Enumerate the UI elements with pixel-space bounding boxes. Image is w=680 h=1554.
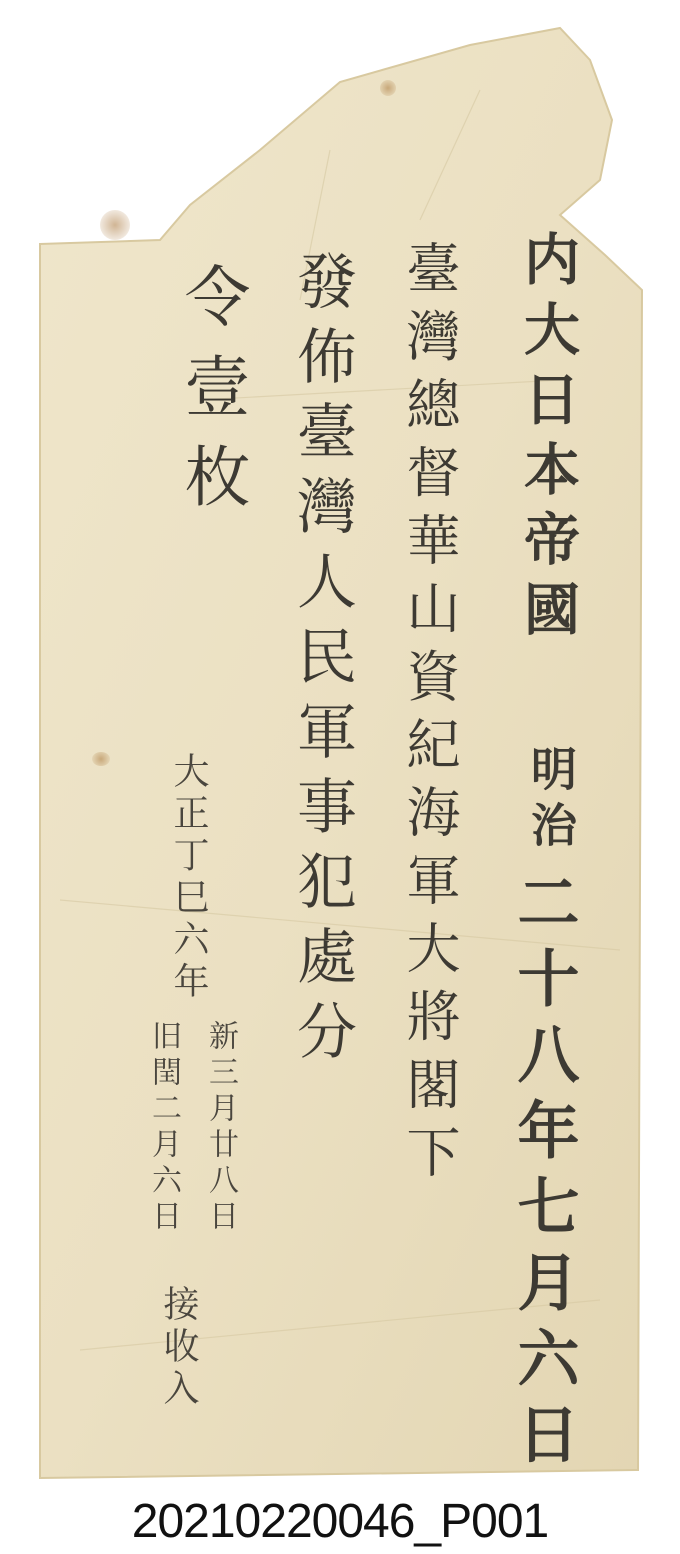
- column-5-old-calendar-date: 旧閏二月六日: [148, 1020, 178, 1236]
- stain-mark: [380, 80, 396, 96]
- column-4-quantity: 令壹枚: [178, 262, 244, 532]
- catalog-id-caption: 20210220046_P001: [0, 1494, 680, 1549]
- column-5-year: 大正丁巳六年: [170, 752, 206, 1004]
- column-3-subject: 發佈臺灣人民軍事犯處分: [292, 250, 352, 1075]
- column-2-addressee: 臺灣總督華山資紀海軍大將閣下: [402, 240, 456, 1192]
- stain-mark: [92, 752, 110, 766]
- column-1-date: 二十八年七月六日: [512, 870, 574, 1478]
- column-1-era: 明治: [528, 745, 574, 857]
- column-5-new-calendar-date: 新三月廿八日: [205, 1020, 235, 1236]
- stain-mark: [100, 210, 130, 240]
- document-photo: 内大日本帝國 明治 二十八年七月六日 臺灣總督華山資紀海軍大將閣下 發佈臺灣人民…: [0, 0, 680, 1500]
- column-5-received-note: 接收入: [160, 1285, 196, 1411]
- column-1-heading: 内大日本帝國: [520, 230, 576, 650]
